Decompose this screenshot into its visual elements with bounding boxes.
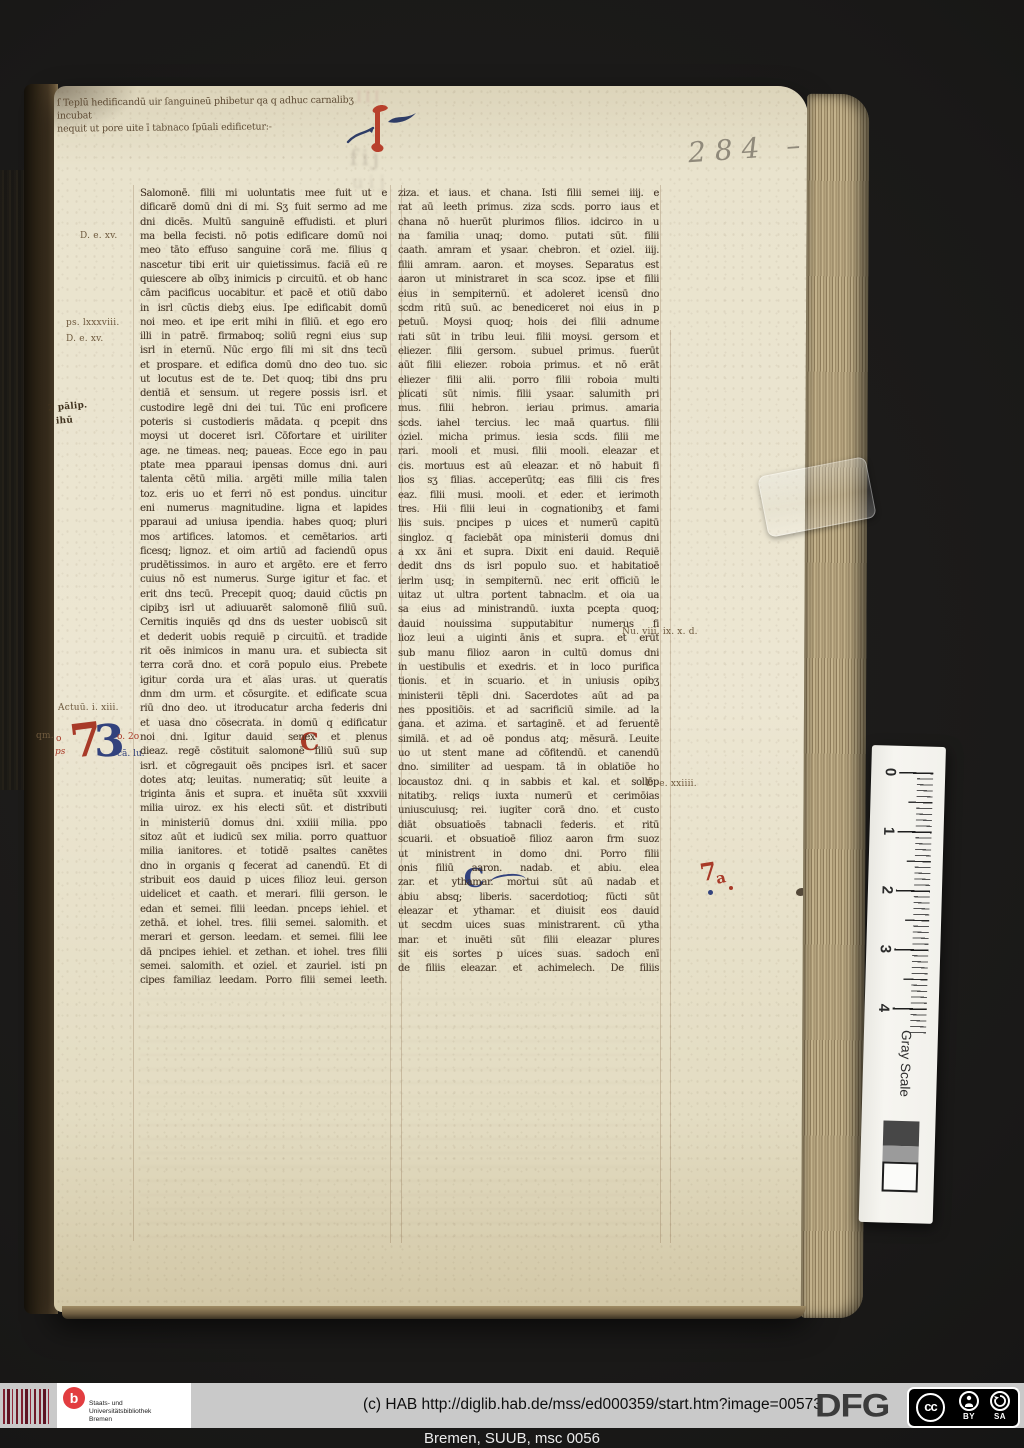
text-line: cipes familiaz leedam. Porro filii semei… [140,974,387,988]
text-line: ierlm usq; in sempiternū. nec erit offic… [398,575,659,589]
margin-scribble: ihū [56,415,74,426]
text-line: caath. amram et ysaar. chebron. et oziel… [398,244,659,258]
book-binding-edge [24,84,58,1314]
text-line: sit eis sortes p uices suas. sadoch enī [398,948,659,962]
text-line: ziza. et iaus. et chana. Isti filii seme… [398,187,659,201]
rubric-note: ps [55,747,65,757]
cc-sa-block: SA [988,1391,1012,1421]
text-line: dentiā et sensum. ut regere possis isrl.… [140,387,387,401]
cc-sa-label: SA [988,1412,1012,1421]
text-line: cis. mortuus est aū eleazar. et nō habui… [398,460,659,474]
text-line: nes ppositiōis. et ad sacrificiū simile.… [398,704,659,718]
margin-note: D. e. xv. [66,334,103,344]
header-gloss-line1: ſ Teplū hedificandū uir ſanguineū phibet… [57,93,379,122]
text-line: uniuscuiusq; rei. iugiter corā dno. et c… [398,804,659,818]
cc-by-label: BY [957,1412,981,1421]
text-line: ma bella fecisti. nō potis edificare dom… [140,230,387,244]
book-fore-edge [801,94,869,1318]
digitized-manuscript-photo: ſ Teplū hedificandū uir ſanguineū phibet… [0,0,1024,1448]
text-line: in isrl cūctis diebʒ eius. Ipe edificabi… [140,302,387,316]
text-line: in uestibulis et exedris. et in loco pur… [398,661,659,675]
text-line: dotes atq; leuitas. numeratiq; sūt leuit… [140,774,387,788]
bremen-logo-line: Bremen [89,1416,151,1424]
ruler-major-ticks [893,772,934,1013]
page-stack-edge [62,1306,806,1319]
text-line: diāt obsuatioēs tabnacli federis. et rit… [398,819,659,833]
text-line: dno in organis q fecerat ad canendū. Et … [140,860,387,874]
text-line: cipibʒ isrl ut adiuuarēt salomonē filiū … [140,602,387,616]
color-barcode-strip [3,1389,52,1424]
rubric-dot: o [56,734,61,744]
text-line: tionis. et in scuario. et in uniusis opi… [398,675,659,689]
text-line: igitur corda ura et aīas uras. ut querat… [140,674,387,688]
gray-scale-label: Gray Scale [897,1030,914,1097]
cc-license-badge: cc BY SA [907,1387,1020,1428]
text-line: poteris si custodieris mādata. q pcepit … [140,416,387,430]
text-line: ministerii tēpli dni. Sacerdotes aūt ad … [398,690,659,704]
text-line: meo tāto effuso sanguine corā me. filius… [140,244,387,258]
text-column-right: ziza. et iaus. et chana. Isti filii seme… [398,187,659,977]
text-line: cuius nō est numerus. Surge igitur et fa… [140,573,387,587]
bremen-logo-text: Staats- und Universitätsbibliothek Breme… [89,1400,151,1425]
ruler-number: 0 [882,763,899,781]
text-line: quiescere ab oībʒ inimicis p circuitū. e… [140,273,387,287]
grayscale-patch-white [882,1161,919,1192]
text-line: aūt filii eliezer. roboia primus. et nō … [398,359,659,373]
text-line: ut secdm uices suas ministrarent. cū yth… [398,919,659,933]
text-line: scuarii. et obsuatioē filioz aaron frm s… [398,833,659,847]
text-line: dnm dm urm. et cōsurgite. et edificate s… [140,688,387,702]
text-line: illi in patrē. firmaboq; soliū regni eiu… [140,330,387,344]
text-line: milia uiroz. ex his electi sūt. et distr… [140,802,387,816]
text-line: dieaz. regē cōstituit salomonē filiū suū… [140,745,387,759]
share-alike-icon [990,1391,1010,1411]
text-line: eliezer. filii gersom. subuel primus. fu… [398,345,659,359]
ink-bleedthrough [140,998,660,1238]
text-line: zethā. et iohel. tres. filii semei. salo… [140,917,387,931]
margin-note: ps. lxxxviii. [66,318,119,328]
text-line: de filiis eleazar. et achimelech. De fil… [398,962,659,976]
text-line: similā. et ad oē pondus atq; mēsurā. Leu… [398,733,659,747]
text-line: erit dns tecū. Precepit quoq; dauid cūct… [140,588,387,602]
text-line: dificarē domū dni di mi. Sʒ fuit sermo a… [140,201,387,215]
text-line: pparaui ad uniusa ipendia. habes quoq; p… [140,516,387,530]
text-line: Salomonē. filii mi uoluntatis mee fuit u… [140,187,387,201]
margin-note: D. e. xv. [80,231,117,241]
text-line: eleazar et ythamar. et diuisit eos dauid [398,905,659,919]
text-line: talenta cētū milia. argēti mille milia t… [140,473,387,487]
ruler-number: 1 [880,822,897,840]
text-line: cām pacificus uocabitur. et pacē et otiū… [140,287,387,301]
person-icon [959,1391,979,1411]
cc-icon: cc [916,1393,945,1422]
facing-page-edge [0,170,26,790]
text-line: oziel. micha primus. iesia scds. filii m… [398,431,659,445]
text-line: isrl in eternū. Nūc ergo fili mi sit dns… [140,344,387,358]
text-line: custodire legē dni dei tui. Tūc eni prof… [140,402,387,416]
text-line: uitaz ut ultra portent tabnaclm. et oia … [398,589,659,603]
bremen-logo-line: Universitätsbibliothek [89,1408,151,1416]
blue-dot-icon [708,890,713,895]
text-line: locaustoz dni. q in sabbis et kal. et so… [398,776,659,790]
text-line: lios sʒ filias. acceperūtq; eas filii ci… [398,474,659,488]
text-line: nitatibʒ. reliqs iuxta numerū et cerimōi… [398,790,659,804]
text-line: sub manu filioz aaron in cultū domus dni [398,647,659,661]
text-line: moysi ut doceret isrl. Cōfortare et uiri… [140,430,387,444]
dfg-logo: DFG [815,1388,889,1425]
text-line: eaz. filii musi. mooli. et eder. et ieri… [398,489,659,503]
text-line: tres. Hii filii leui in cognationibʒ et … [398,503,659,517]
text-line: sitoz aūt et iudicū sex milia. porro qua… [140,831,387,845]
text-line: rat aū leeth primus. ziza scds. porro ia… [398,201,659,215]
text-line: onis filiū aaron. nadab. et abiu. elea [398,862,659,876]
copyright-url: (c) HAB http://diglib.hab.de/mss/ed00035… [363,1396,822,1414]
text-line: noi meo. et ipe erit mihi in filiū. et e… [140,316,387,330]
text-line: ut ministrent in domo dni. Porro filii [398,848,659,862]
text-line: edan et semei. filii leedan. pnceps iehi… [140,903,387,917]
text-line: milia ianitores. et totidē psaltes canēt… [140,845,387,859]
text-line: plicati sūt nimis. filii ysaar. salumith… [398,388,659,402]
gray-scale-ruler: 01234 Gray Scale [859,745,946,1224]
text-line: riū dno deo. ut itroducatur archa federi… [140,702,387,716]
text-line: a xx āni et supra. Dixit eni dauid. Requ… [398,546,659,560]
margin-note: qm. [36,731,54,741]
text-line: Cernitis inquiēs qd dns ds uester uobisc… [140,616,387,630]
text-line: rit oēs inimicos in manu ura. et subiect… [140,645,387,659]
text-line: in ministeriū domus dni. xxiiii milia. p… [140,817,387,831]
text-line: scdm ritū suū. ac benediceret noi eius i… [398,302,659,316]
bremen-logo-line: Staats- und [89,1400,151,1408]
grayscale-patch-dark [883,1120,920,1146]
text-line: scds. iahel tercius. lec maā quartus. fi… [398,417,659,431]
text-line: eni numerus magnitudine. ligna et lapide… [140,502,387,516]
text-line: ptate mea pparaui ipensas domus dni. aur… [140,459,387,473]
text-line: et prospare. et edifica domū dno deo tuo… [140,359,387,373]
text-line: et dederit uobis requiē p circuitū. et t… [140,631,387,645]
ruler-number: 3 [877,940,894,958]
header-gloss-note: ſ Teplū hedificandū uir ſanguineū phibet… [57,93,379,135]
text-line: isrl. et cōgregauit oēs pncipes isrl. et… [140,760,387,774]
text-line: prudētissimos. in auro et argēto. ere et… [140,559,387,573]
text-line: mar. et inuēti sūt filii eleazar plures [398,934,659,948]
red-dot-icon [729,886,733,890]
rubricated-initial-i-icon [344,100,420,156]
text-line: uo ut stent mane ad cōfitendū. et canend… [398,747,659,761]
ruler-number: 4 [875,999,892,1017]
text-line: mos artifices. latomos. et cemētarios. a… [140,531,387,545]
text-column-left: Salomonē. filii mi uoluntatis mee fuit u… [140,187,387,989]
text-line: eius in sempiternū. et adoleret icensū d… [398,288,659,302]
text-line: et uasa dno cōsecrata. in domū q edifica… [140,717,387,731]
text-line: gana. et azima. et sartaginē. et ad feru… [398,718,659,732]
text-line: filii amram. aaron. et moyses. Separatus… [398,259,659,273]
text-line: rati sūt in tribu leui. filii moysi. ger… [398,331,659,345]
text-line: singloz. q faciebāt opa ministerii domus… [398,532,659,546]
shelfmark-caption: Bremen, SUUB, msc 0056 [0,1430,1024,1447]
text-line: na familia unaq; domo. putati sūt. filii [398,230,659,244]
text-line: dni dicēs. Multū sanguinē effudisti. et … [140,216,387,230]
text-line: nascetur tibi erit uir quietissimus. fac… [140,259,387,273]
text-line: abiu absq; liberis. sacerdotioq; fūcti s… [398,891,659,905]
text-line: ut locutus est de te. Det quoq; tibi dns… [140,373,387,387]
text-line: mus. filii hebron. ieriau primus. amaria [398,402,659,416]
bremen-logo-icon: b [63,1387,85,1409]
text-line: dauid nouissima supputabitur numerus fi [398,618,659,632]
text-line: triginta ānis et supra. et inuēta sūt xx… [140,788,387,802]
text-line: dno. similiter ad uespam. tā in oblatiōe… [398,761,659,775]
cc-by-block: BY [957,1391,981,1421]
text-line: aaron ut ministraret in sca scoz. ipse e… [398,273,659,287]
text-line: dā pncipes iehiel. et zethan. et iohel. … [140,946,387,960]
text-line: petuū. Moysi quoq; hois dei filii adnume [398,316,659,330]
ruler-number: 2 [878,881,895,899]
ruling-line [660,185,661,1243]
ruling-line [133,185,134,1241]
text-line: liis suis. pncipes p uices et numerū cap… [398,517,659,531]
text-line: noi dni. Igitur dauid senex et plenus [140,731,387,745]
rubric-dot: o. 2o [117,732,139,742]
text-line: ficesq; lignoz. et oim artiū ad faciendū… [140,545,387,559]
text-line: dedit dns ds isrl populo suo. et habitat… [398,560,659,574]
text-line: lioz leui a uiginti ānis et supra. et er… [398,632,659,646]
text-line: semei. salomith. et oziel. et zauriel. i… [140,960,387,974]
text-line: sa eius ad ministrandū. iuxta pcepta quo… [398,603,659,617]
text-line: chana nō huerūt plurimos filios. idcirco… [398,216,659,230]
text-line: eliezer filii alii. porro filii roboia m… [398,374,659,388]
grayscale-patch-mid [882,1145,918,1162]
text-line: rari. mooli et musi. filii mooli. eleaza… [398,445,659,459]
text-line: toz. eris uo et ferri nō est pondus. uin… [140,488,387,502]
text-line: merari et gerson. leedam. et semei. fili… [140,931,387,945]
text-line: uidelicet et caath. et merari. filii ger… [140,888,387,902]
bremen-library-logo: b Staats- und Universitätsbibliothek Bre… [57,1383,191,1428]
text-line: zar. et ythamar. mortui sūt aū nadab et [398,876,659,890]
text-line: age. ne timeas. neq; paueas. Ecce ego in… [140,445,387,459]
text-line: stribuit eos dauid p uices filioz leui. … [140,874,387,888]
text-line: terra corā dno. et corā populo eius. Pre… [140,659,387,673]
